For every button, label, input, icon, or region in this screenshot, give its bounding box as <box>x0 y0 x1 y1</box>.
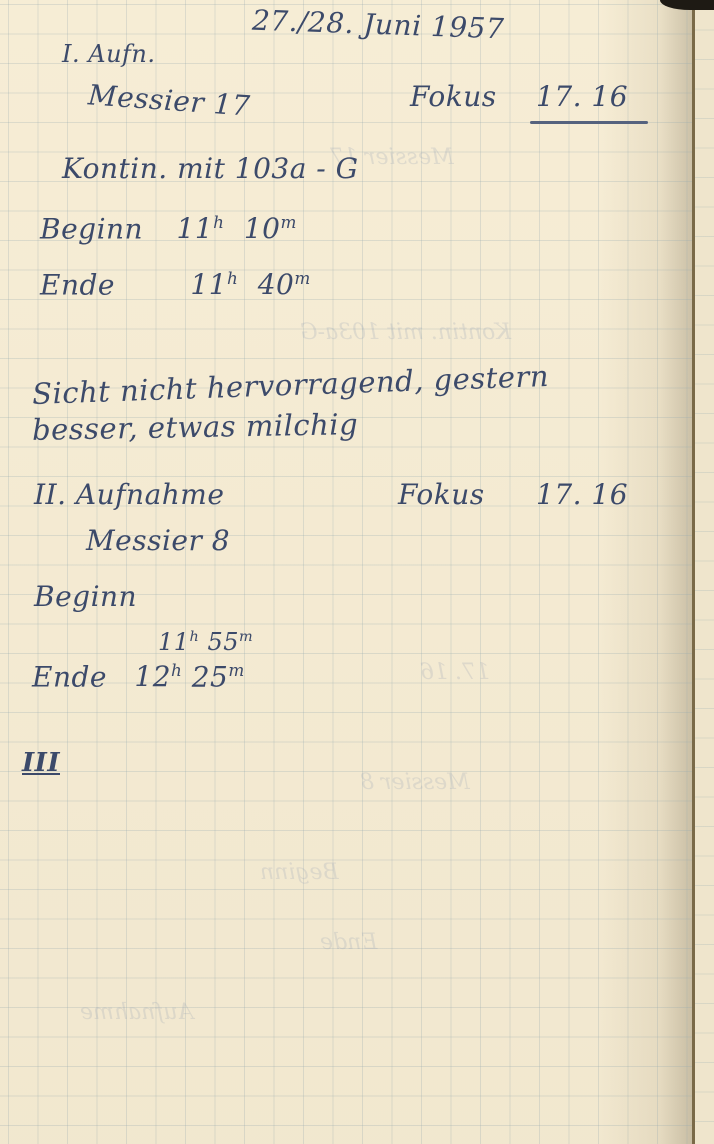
bleed-through-text: Kontin. mit 103a-G <box>300 320 511 345</box>
entry-3-label: III <box>22 748 60 778</box>
bleed-through-text: Messier 8 <box>360 770 470 795</box>
bleed-through-text: Aufnahme <box>80 1000 194 1025</box>
bleed-through-text: Beginn <box>260 860 339 885</box>
entry-1-end-row: Ende 11h 40m <box>40 268 311 301</box>
end-label: Ende <box>32 660 107 693</box>
entry-1-begin-row: Beginn 11h 10m <box>40 212 297 245</box>
entry-2-label: II. Aufnahme <box>34 478 224 511</box>
minutes-unit: m <box>281 212 297 232</box>
end-minutes: 40 <box>258 268 295 301</box>
adjacent-page-edge <box>695 0 714 1144</box>
begin-minutes: 55 <box>207 628 239 656</box>
remarks-line-2: besser, etwas milchig <box>32 407 359 447</box>
end-label: Ende <box>40 268 115 301</box>
bleed-through-text: 17. 16 <box>420 660 490 685</box>
entry-2-focus-label: Fokus <box>398 478 485 511</box>
entry-2-end-row: Ende 12h 25m <box>32 660 245 693</box>
notebook-page: Messier 17 Kontin. mit 103a-G 17. 16 Mes… <box>0 0 694 1144</box>
minutes-unit: m <box>228 660 244 680</box>
end-minutes: 25 <box>192 660 229 693</box>
entry-2-focus-value: 17. 16 <box>536 478 628 511</box>
entry-2-begin-time: 11h 55m <box>158 628 253 656</box>
entry-1-focus-label: Fokus <box>410 80 497 113</box>
minutes-unit: m <box>239 629 253 645</box>
minutes-unit: m <box>294 268 310 288</box>
end-hours: 11 <box>190 268 227 301</box>
begin-hours: 11 <box>158 628 190 656</box>
hours-unit: h <box>171 660 182 680</box>
hours-unit: h <box>190 629 200 645</box>
entry-1-focus-value: 17. 16 <box>536 80 628 113</box>
begin-minutes: 10 <box>244 212 281 245</box>
entry-2-begin-label: Beginn <box>34 580 137 613</box>
hours-unit: h <box>227 268 238 288</box>
entry-1-label: I. Aufn. <box>62 40 156 68</box>
end-hours: 12 <box>134 660 171 693</box>
begin-label: Beginn <box>40 212 143 245</box>
focus-underline <box>530 121 648 124</box>
entry-1-plate: Kontin. mit 103a - G <box>62 152 359 185</box>
bleed-through-text: Ende <box>320 930 377 955</box>
entry-2-object: Messier 8 <box>86 524 230 557</box>
begin-hours: 11 <box>177 212 214 245</box>
hours-unit: h <box>213 212 224 232</box>
